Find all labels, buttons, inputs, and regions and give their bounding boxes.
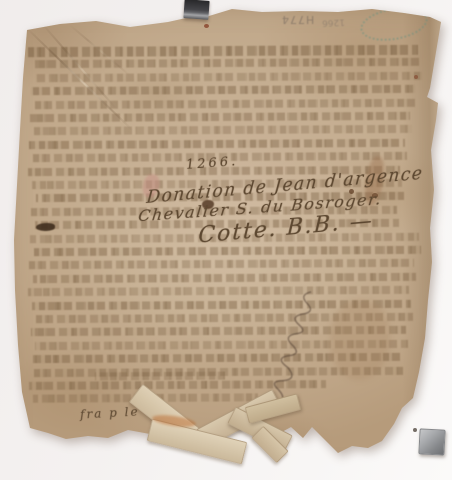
manuscript-line [29, 259, 414, 269]
manuscript-line [36, 72, 422, 82]
manuscript-line [34, 246, 421, 256]
manuscript-line [34, 125, 412, 135]
metal-weight-bottom-right [418, 428, 445, 455]
speck [413, 428, 417, 432]
ink-dot [414, 75, 418, 79]
pencil-archive-mark: H774 [281, 13, 314, 26]
manuscript-line [31, 85, 415, 95]
ink-blot [36, 223, 55, 231]
parchment-sheet: 1266. Donation de Jean d'argence Chevali… [0, 0, 452, 480]
manuscript-line [29, 139, 405, 149]
metal-clip-top [183, 0, 209, 20]
manuscript-line [35, 98, 417, 108]
manuscript-line [33, 273, 416, 283]
pencil-date-mark: 1266 [322, 16, 345, 27]
manuscript-line [28, 45, 418, 57]
manuscript-line [32, 58, 420, 68]
parchment-document: 1266. Donation de Jean d'argence Chevali… [0, 0, 452, 480]
ink-dot [204, 24, 209, 28]
manuscript-line [30, 112, 410, 122]
manuscript-partial-line [95, 372, 225, 381]
manuscript-line [28, 286, 409, 296]
cote-flourish: — [349, 208, 374, 235]
